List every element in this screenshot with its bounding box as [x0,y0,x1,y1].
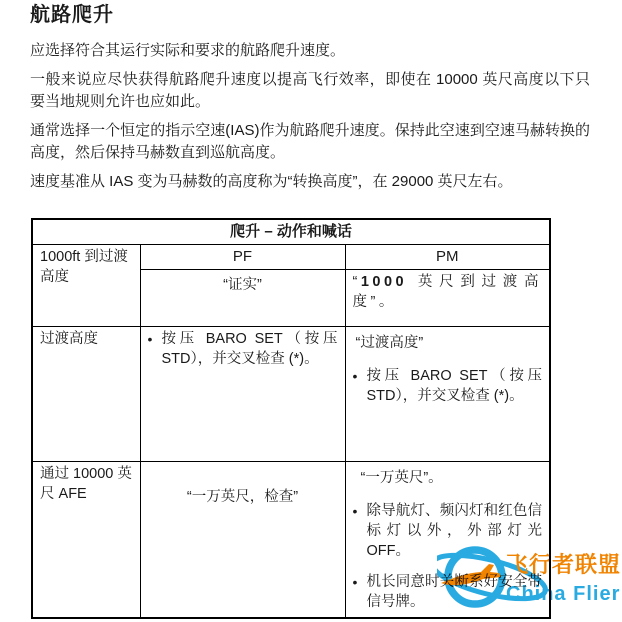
cell-pm-10000ft: “一万英尺”。 • 除导航灯、频闪灯和红色信标灯以外，外部灯光 OFF。 • 机… [345,462,550,618]
cell-pm-1000ft: “1000 英尺到过渡高度”。 [345,270,550,327]
pm-quote-open: “ [353,274,361,290]
bullet-icon: • [353,501,367,561]
bullet-icon: • [148,329,162,369]
pm-bullet-item: • 除导航灯、频闪灯和红色信标灯以外，外部灯光 OFF。 [353,501,543,561]
bullet-icon: • [353,572,367,612]
pf-callout: “证实” [148,272,338,295]
document-body: 航路爬升 应选择符合其运行实际和要求的航路爬升速度。 一般来说应尽快获得航路爬升… [30,0,590,199]
page-title: 航路爬升 [30,0,590,27]
table-caption: 爬升 – 动作和喊话 [32,219,550,245]
cell-pf-10000ft: “一万英尺，检查” [140,462,345,618]
cell-pf-1000ft: “证实” [140,270,345,327]
pf-bullet-item: • 按压 BARO SET（按压 STD），并交叉检查 (*)。 [148,329,338,369]
column-header-pm: PM [345,245,550,270]
pf-callout: “一万英尺，检查” [148,464,338,507]
paragraph: 一般来说应尽快获得航路爬升速度以提高飞行效率，即使在 10000 英尺高度以下只… [30,69,590,114]
pm-callout: “过渡高度” [353,329,543,355]
pm-bullet-item: • 机长同意时关断系好安全带信号牌。 [353,572,543,612]
bullet-icon: • [353,366,367,406]
cell-pm-transition: “过渡高度” • 按压 BARO SET（按压 STD），并交叉检查 (*)。 [345,327,550,462]
row-label-1000ft: 1000ft 到过渡高度 [32,245,140,327]
pm-callout: “一万英尺”。 [353,464,543,490]
climb-actions-callouts-table: 爬升 – 动作和喊话 1000ft 到过渡高度 PF PM “证实” “1000… [31,218,551,619]
paragraph: 速度基准从 IAS 变为马赫数的高度称为“转换高度”，在 29000 英尺左右。 [30,171,590,194]
cell-pf-transition: • 按压 BARO SET（按压 STD），并交叉检查 (*)。 [140,327,345,462]
column-header-pf: PF [140,245,345,270]
row-label-10000ft-afe: 通过 10000 英尺 AFE [32,462,140,618]
paragraph: 通常选择一个恒定的指示空速(IAS)作为航路爬升速度。保持此空速到空速马赫转换的… [30,120,590,165]
paragraph: 应选择符合其运行实际和要求的航路爬升速度。 [30,40,590,63]
pm-bold-value: 1000 [361,274,407,290]
pm-bullet-item: • 按压 BARO SET（按压 STD），并交叉检查 (*)。 [353,366,543,406]
row-label-transition-altitude: 过渡高度 [32,327,140,462]
